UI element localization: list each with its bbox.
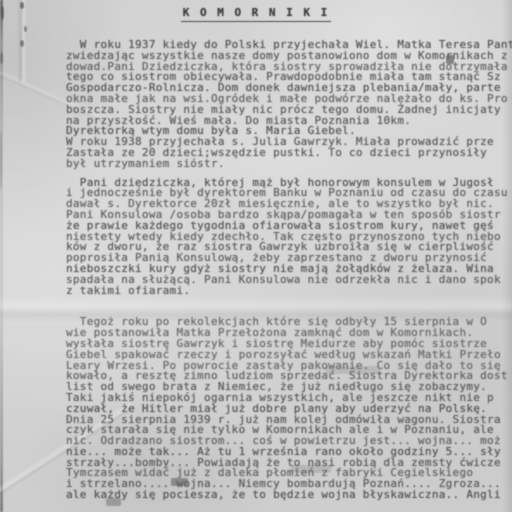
document-title-text: K O M O R N I K I xyxy=(181,6,332,22)
text-line: ale każdy się pociesza, że to będzie woj… xyxy=(66,490,512,501)
paragraph: Tegoż roku po rekolekcjach które się odb… xyxy=(66,317,512,501)
scan-left-edge-shadow xyxy=(0,0,3,512)
document-title: K O M O R N I K I xyxy=(0,6,512,19)
document-body: W roku 1937 kiedy do Polski przyjechała … xyxy=(66,40,512,501)
ink-speck xyxy=(20,40,24,47)
text-line: z takimi ofiarami. xyxy=(66,286,512,297)
paragraph: W roku 1937 kiedy do Polski przyjechała … xyxy=(66,40,512,170)
paragraph: Pani dziedziczka, której mąż był honorow… xyxy=(66,178,512,297)
scanned-page: K O M O R N I K I W roku 1937 kiedy do P… xyxy=(0,0,512,512)
ink-speck xyxy=(0,130,2,190)
ink-speck xyxy=(0,52,3,64)
ink-speck xyxy=(24,26,27,32)
text-line: był utrzymaniem sióstr. xyxy=(66,159,512,170)
